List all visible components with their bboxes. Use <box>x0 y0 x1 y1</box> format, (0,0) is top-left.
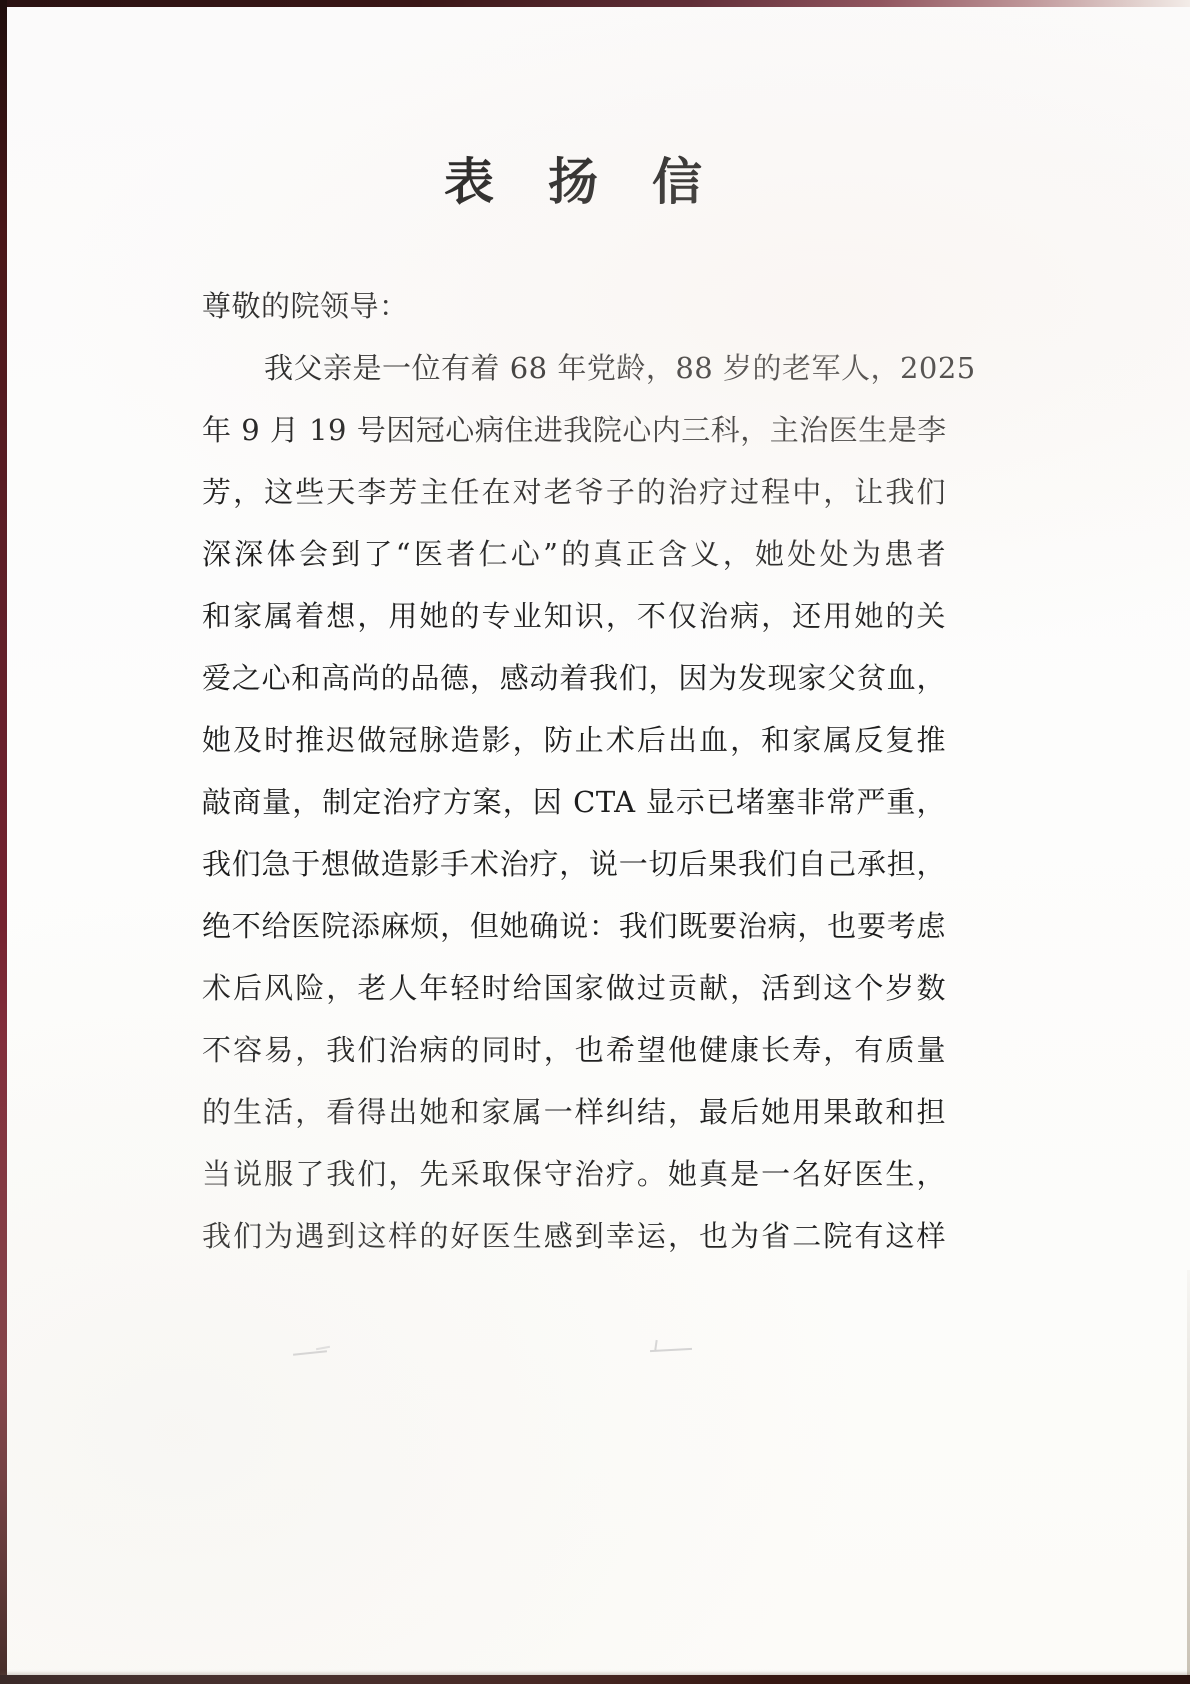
letter-salutation: 尊敬的院领导： <box>202 275 946 337</box>
letter-line-10: 绝不给医院添麻烦，但她确说：我们既要治病，也要考虑 <box>202 895 946 957</box>
scan-smudge <box>650 1348 692 1352</box>
letter-line-14: 当说服了我们，先采取保守治疗。她真是一名好医生， <box>202 1143 946 1205</box>
scan-smudge <box>293 1350 327 1356</box>
letter-line-7: 她及时推迟做冠脉造影，防止术后出血，和家属反复推 <box>202 709 946 771</box>
scan-smudge <box>316 1346 330 1350</box>
letter-line-12: 不容易，我们治病的同时，也希望他健康长寿，有质量 <box>202 1019 946 1081</box>
letter-line-2: 年 9 月 19 号因冠心病住进我院心内三科，主治医生是李 <box>202 399 946 461</box>
scanned-letter-page: 表 扬 信 尊敬的院领导： 我父亲是一位有着 68 年党龄，88 岁的老军人，2… <box>0 0 1190 1684</box>
letter-body: 尊敬的院领导： 我父亲是一位有着 68 年党龄，88 岁的老军人，2025 年 … <box>202 275 946 1267</box>
letter-line-6: 爱之心和高尚的品德，感动着我们，因为发现家父贫血， <box>202 647 946 709</box>
letter-line-13: 的生活，看得出她和家属一样纠结，最后她用果敢和担 <box>202 1081 946 1143</box>
letter-line-3: 芳，这些天李芳主任在对老爷子的治疗过程中，让我们 <box>202 461 946 523</box>
letter-line-4: 深深体会到了“医者仁心”的真正含义，她处处为患者 <box>202 523 946 585</box>
scan-edge-top <box>0 0 1190 7</box>
scan-edge-bottom <box>0 1675 1190 1684</box>
scan-edge-left <box>0 0 7 1684</box>
letter-line-5: 和家属着想，用她的专业知识，不仅治病，还用她的关 <box>202 585 946 647</box>
letter-line-8: 敲商量，制定治疗方案，因 CTA 显示已堵塞非常严重， <box>202 771 946 833</box>
scan-smudge <box>654 1340 657 1350</box>
letter-line-11: 术后风险，老人年轻时给国家做过贡献，活到这个岁数 <box>202 957 946 1019</box>
letter-line-15: 我们为遇到这样的好医生感到幸运，也为省二院有这样 <box>202 1205 946 1267</box>
letter-title: 表 扬 信 <box>200 146 948 218</box>
letter-line-1: 我父亲是一位有着 68 年党龄，88 岁的老军人，2025 <box>202 337 946 399</box>
letter-line-9: 我们急于想做造影手术治疗，说一切后果我们自己承担， <box>202 833 946 895</box>
